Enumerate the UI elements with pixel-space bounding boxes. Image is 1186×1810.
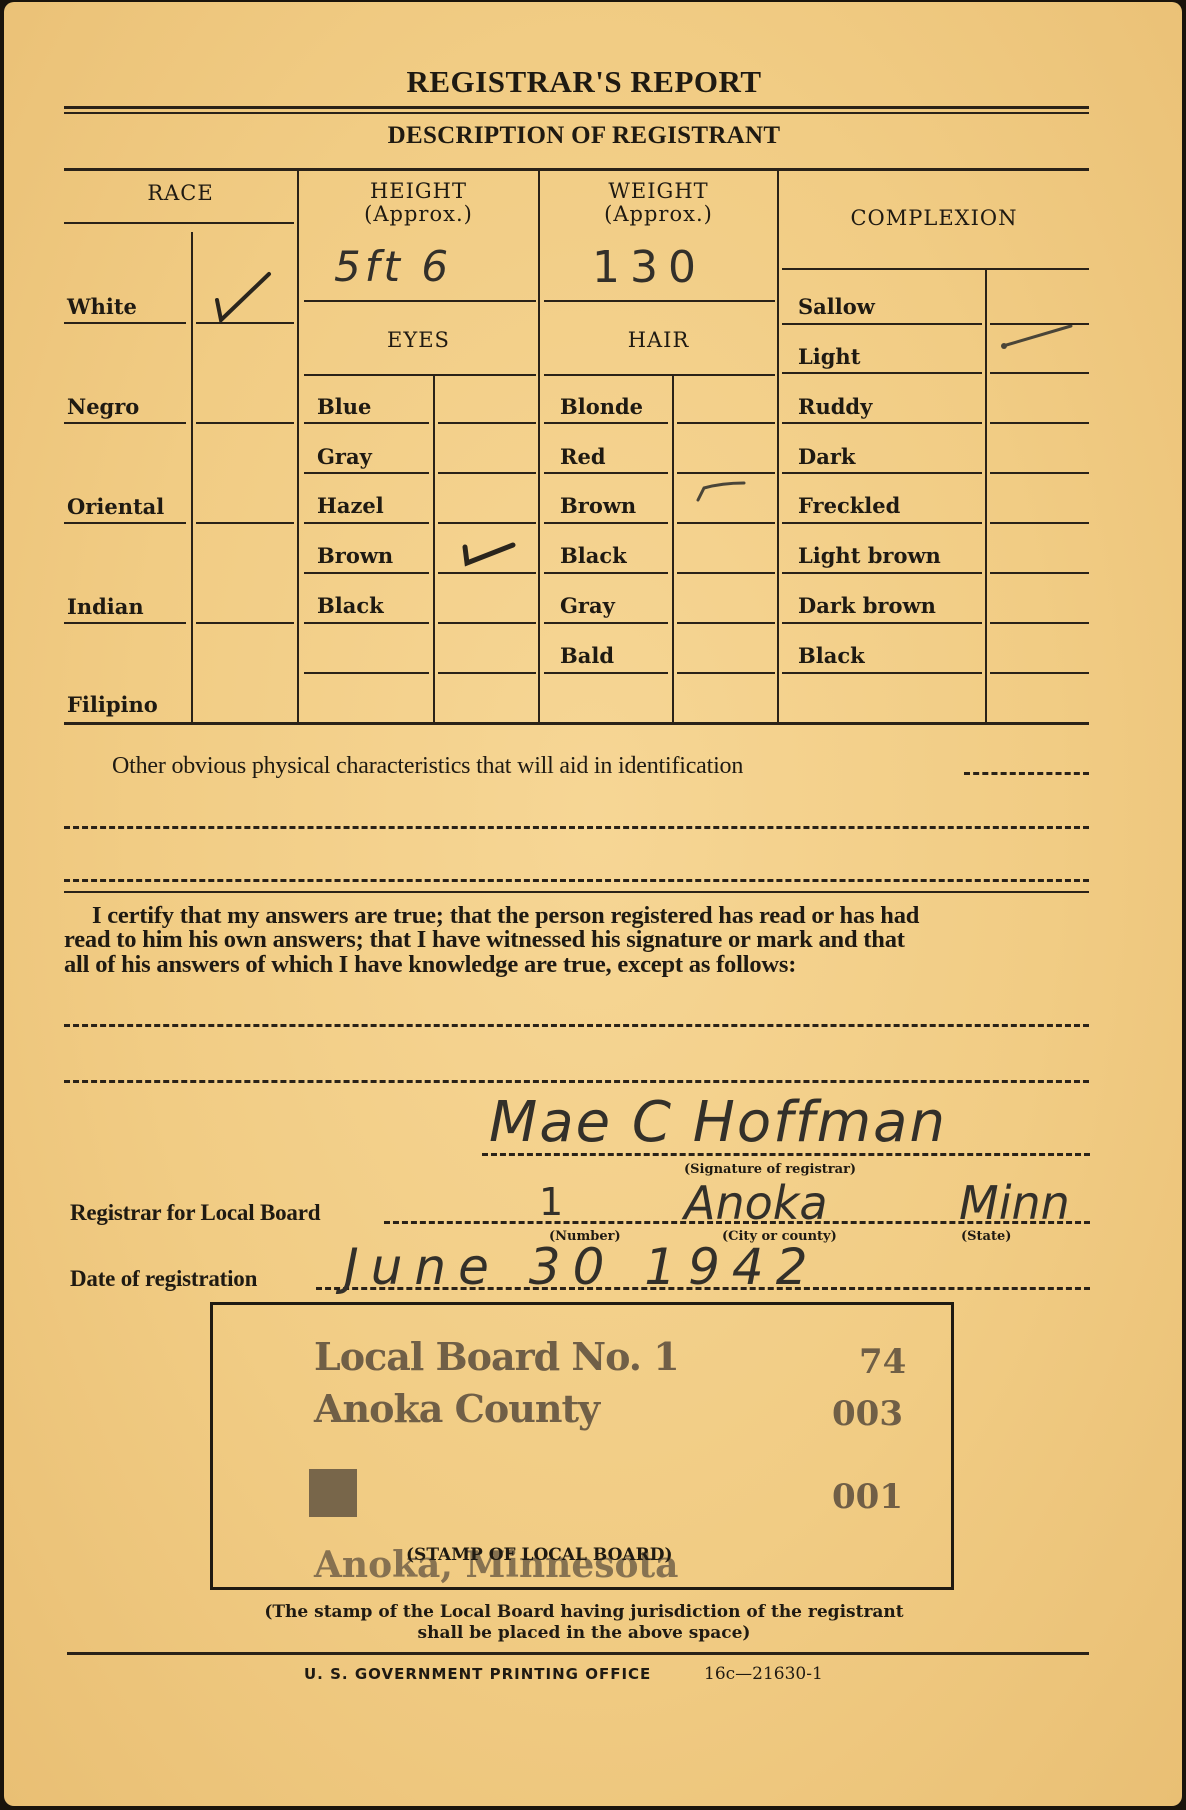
- row-rule: [544, 422, 668, 424]
- certification-line-3: all of his answers of which I have knowl…: [64, 952, 796, 977]
- row-rule: [304, 622, 429, 624]
- row-rule: [782, 622, 982, 624]
- eyes-blue-label: Blue: [317, 394, 371, 419]
- row-rule: [544, 672, 668, 674]
- hair-brown-label: Brown: [560, 493, 636, 518]
- hair-check-divider: [672, 376, 674, 722]
- row-rule: [990, 572, 1089, 574]
- row-rule: [544, 300, 775, 302]
- row-rule: [677, 622, 775, 624]
- complexion-light-label: Light: [798, 344, 860, 369]
- divider-race-height: [297, 170, 299, 722]
- row-rule: [782, 572, 982, 574]
- stamp-board-line: Local Board No. 1: [314, 1334, 679, 1379]
- stamp-note-line-1: (The stamp of the Local Board having jur…: [4, 1602, 1164, 1622]
- row-rule: [677, 672, 775, 674]
- row-rule: [64, 322, 186, 324]
- stamp-code-2: 003: [832, 1394, 903, 1434]
- divider-height-weight: [538, 170, 540, 722]
- row-rule: [544, 622, 668, 624]
- table-bottom-border: [64, 722, 1089, 725]
- row-rule: [990, 422, 1089, 424]
- divider-weight-complexion: [777, 170, 779, 722]
- exceptions-line-1[interactable]: [64, 1024, 1089, 1027]
- certification-line-2: read to him his own answers; that I have…: [64, 927, 905, 952]
- row-rule: [677, 522, 775, 524]
- eyes-header: EYES: [299, 329, 538, 352]
- row-rule: [677, 422, 775, 424]
- stamp-note-line-2: shall be placed in the above space): [4, 1623, 1164, 1643]
- row-rule: [438, 472, 536, 474]
- race-filipino-label: Filipino: [67, 692, 158, 717]
- checkmark-icon: [692, 480, 752, 510]
- complexion-dark-brown-label: Dark brown: [798, 593, 936, 618]
- row-rule: [304, 422, 429, 424]
- exceptions-line-2[interactable]: [64, 1080, 1089, 1083]
- row-rule: [438, 522, 536, 524]
- row-rule: [304, 522, 429, 524]
- registrar-signature: Mae C Hoffman: [489, 1090, 947, 1155]
- eyes-hazel-label: Hazel: [317, 493, 384, 518]
- complexion-dark-label: Dark: [798, 444, 855, 469]
- weight-header: WEIGHT: [540, 180, 777, 203]
- hair-bald-label: Bald: [560, 643, 614, 668]
- row-rule: [677, 472, 775, 474]
- row-rule: [990, 622, 1089, 624]
- table-top-border: [64, 168, 1089, 171]
- printer-imprint: U. S. GOVERNMENT PRINTING OFFICE: [304, 1665, 651, 1683]
- row-rule: [304, 572, 429, 574]
- row-rule: [438, 672, 536, 674]
- row-rule: [544, 572, 668, 574]
- title-rule-bottom: [64, 112, 1089, 114]
- eyes-check-divider: [433, 376, 435, 722]
- registration-card: REGISTRAR'S REPORT DESCRIPTION OF REGIST…: [4, 2, 1182, 1806]
- row-rule: [782, 672, 982, 674]
- complexion-freckled-label: Freckled: [798, 493, 900, 518]
- page-title: REGISTRAR'S REPORT: [4, 64, 1164, 100]
- row-rule: [304, 672, 429, 674]
- race-header: RACE: [64, 182, 297, 205]
- local-board-city: Anoka: [684, 1176, 828, 1230]
- weight-subheader: (Approx.): [540, 203, 777, 226]
- row-rule: [304, 472, 429, 474]
- row-rule: [438, 422, 536, 424]
- complexion-sallow-label: Sallow: [798, 294, 875, 319]
- race-header-rule: [64, 222, 294, 224]
- eyes-black-label: Black: [317, 593, 384, 618]
- eyes-gray-label: Gray: [317, 444, 372, 469]
- other-characteristics-field[interactable]: [964, 772, 1089, 775]
- row-rule: [782, 472, 982, 474]
- weight-value: 130: [592, 242, 706, 293]
- hair-header: HAIR: [540, 329, 777, 352]
- title-rule-top: [64, 106, 1089, 109]
- row-rule: [782, 422, 982, 424]
- local-board-state: Minn: [959, 1176, 1070, 1230]
- checkmark-icon: [459, 539, 519, 569]
- row-rule: [677, 572, 775, 574]
- stamp-seal-icon: [309, 1469, 357, 1517]
- certification-line-1: I certify that my answers are true; that…: [92, 903, 919, 928]
- race-oriental-label: Oriental: [67, 494, 164, 519]
- row-rule: [544, 472, 668, 474]
- row-rule: [782, 372, 982, 374]
- footer-rule: [67, 1652, 1089, 1655]
- row-rule: [196, 422, 294, 424]
- race-indian-label: Indian: [67, 594, 144, 619]
- row-rule: [64, 422, 186, 424]
- section-title: DESCRIPTION OF REGISTRANT: [4, 122, 1164, 150]
- hair-red-label: Red: [560, 444, 606, 469]
- complexion-header: COMPLEXION: [779, 207, 1089, 230]
- height-value: 5ft 6: [334, 242, 452, 291]
- stamp-county-line: Anoka County: [314, 1386, 599, 1431]
- stamp-caption: (STAMP OF LOCAL BOARD): [406, 1545, 673, 1565]
- row-rule: [990, 472, 1089, 474]
- row-rule: [304, 374, 536, 376]
- stamp-code-3: 001: [832, 1477, 903, 1517]
- row-rule: [196, 522, 294, 524]
- row-rule: [438, 622, 536, 624]
- signature-line[interactable]: [482, 1153, 1090, 1156]
- row-rule: [544, 522, 668, 524]
- row-rule: [990, 323, 1089, 325]
- hair-gray-label: Gray: [560, 593, 615, 618]
- form-number: 16c—21630-1: [704, 1664, 823, 1684]
- row-rule: [782, 268, 1089, 270]
- complexion-light-brown-label: Light brown: [798, 543, 941, 568]
- race-negro-label: Negro: [67, 394, 139, 419]
- registration-date-label: Date of registration: [70, 1266, 257, 1291]
- local-board-label: Registrar for Local Board: [70, 1200, 320, 1225]
- complexion-ruddy-label: Ruddy: [798, 394, 872, 419]
- row-rule: [544, 374, 775, 376]
- local-board-number: 1: [539, 1180, 563, 1224]
- other-characteristics-label: Other obvious physical characteristics t…: [112, 754, 743, 779]
- row-rule: [64, 622, 186, 624]
- row-rule: [782, 323, 982, 325]
- complexion-check-divider: [985, 270, 987, 722]
- stamp-code-1: 74: [859, 1342, 906, 1382]
- hair-blonde-label: Blonde: [560, 394, 643, 419]
- hair-black-label: Black: [560, 543, 627, 568]
- row-rule: [64, 522, 186, 524]
- signature-caption: (Signature of registrar): [684, 1162, 856, 1177]
- row-rule: [196, 622, 294, 624]
- height-subheader: (Approx.): [299, 203, 538, 226]
- registration-date-value: June 30 1942: [344, 1238, 820, 1296]
- section-rule: [64, 891, 1089, 893]
- eyes-brown-label: Brown: [317, 543, 393, 568]
- race-white-label: White: [67, 294, 137, 319]
- row-rule: [990, 372, 1089, 374]
- checkmark-icon: [999, 322, 1079, 352]
- other-characteristics-line-2[interactable]: [64, 826, 1089, 829]
- race-check-divider: [191, 232, 193, 722]
- row-rule: [304, 300, 536, 302]
- other-characteristics-line-3[interactable]: [64, 879, 1089, 882]
- complexion-black-label: Black: [798, 643, 865, 668]
- row-rule: [990, 672, 1089, 674]
- state-caption: (State): [961, 1229, 1011, 1244]
- checkmark-icon: [209, 270, 279, 325]
- row-rule: [990, 522, 1089, 524]
- row-rule: [782, 522, 982, 524]
- row-rule: [438, 572, 536, 574]
- height-header: HEIGHT: [299, 180, 538, 203]
